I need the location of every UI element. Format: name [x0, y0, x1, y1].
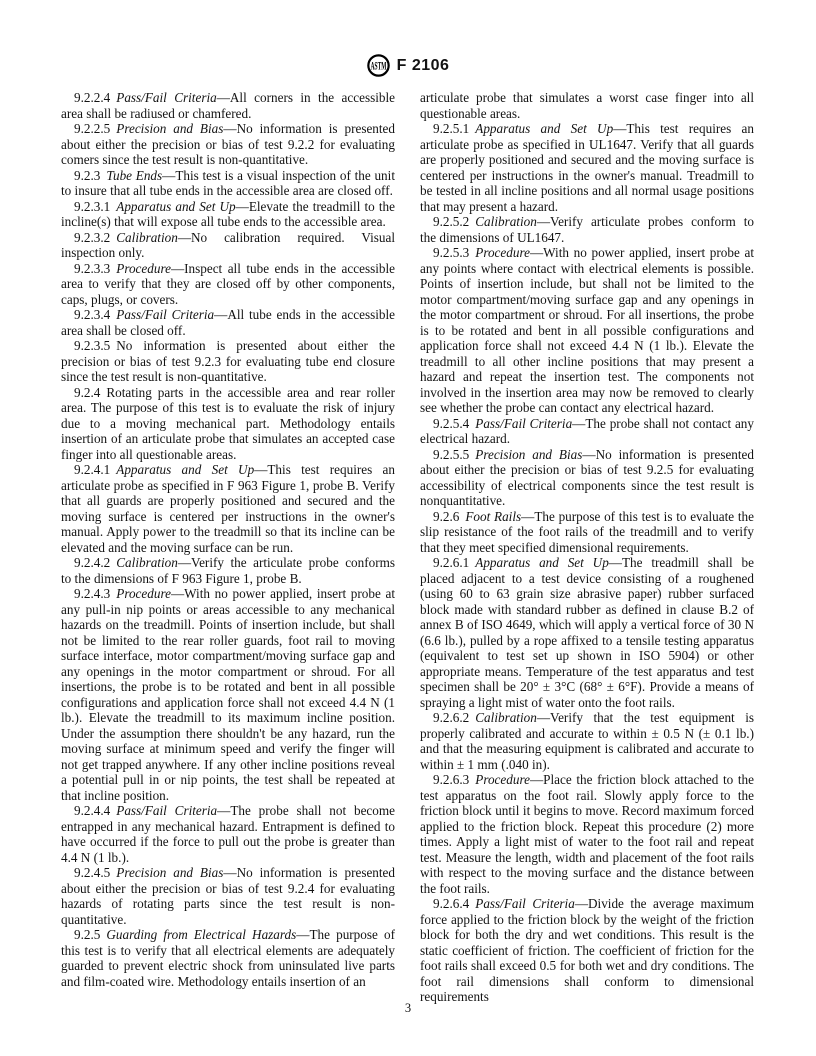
section-paragraph-9264: 9.2.6.4Pass/Fail Criteria—Divide the ave…	[420, 896, 754, 1005]
section-paragraph-9252: 9.2.5.2Calibration—Verify articulate pro…	[420, 214, 754, 245]
section-number: 9.2.6.3	[433, 772, 475, 787]
section-title: Apparatus and Set Up	[116, 462, 254, 477]
section-paragraph-9251: 9.2.5.1Apparatus and Set Up—This test re…	[420, 121, 754, 214]
section-paragraph-9224: 9.2.2.4Pass/Fail Criteria—All corners in…	[61, 90, 395, 121]
section-paragraph-9244: 9.2.4.4Pass/Fail Criteria—The probe shal…	[61, 803, 395, 865]
section-title: Procedure	[475, 245, 530, 260]
section-paragraph-9235: 9.2.3.5No information is presented about…	[61, 338, 395, 385]
page-body: 9.2.2.4Pass/Fail Criteria—All corners in…	[61, 90, 755, 1005]
section-title: Procedure	[116, 586, 171, 601]
astm-logo-icon: ASTM	[367, 54, 390, 77]
section-title: Tube Ends	[106, 168, 162, 183]
section-number: 9.2.4.2	[74, 555, 116, 570]
section-number: 9.2.5.4	[433, 416, 475, 431]
section-paragraph-9263: 9.2.6.3Procedure—Place the friction bloc…	[420, 772, 754, 896]
section-number: 9.2.5	[74, 927, 106, 942]
section-number: 9.2.4.5	[74, 865, 116, 880]
section-number: 9.2.3.2	[74, 230, 116, 245]
page-number: 3	[405, 1001, 411, 1015]
section-paragraph-9232: 9.2.3.2Calibration—No calibration requir…	[61, 230, 395, 261]
section-paragraph-9231: 9.2.3.1Apparatus and Set Up—Elevate the …	[61, 199, 395, 230]
section-title: Calibration	[116, 230, 178, 245]
section-paragraph-923: 9.2.3Tube Ends—This test is a visual ins…	[61, 168, 395, 199]
section-title: Procedure	[475, 772, 530, 787]
section-number: 9.2.5.1	[433, 121, 475, 136]
section-number: 9.2.5.2	[433, 214, 475, 229]
section-paragraph-9234: 9.2.3.4Pass/Fail Criteria—All tube ends …	[61, 307, 395, 338]
section-title: Pass/Fail Criteria	[116, 307, 214, 322]
section-number: 9.2.5.3	[433, 245, 475, 260]
section-body: —With no power applied, insert probe at …	[61, 586, 395, 803]
section-paragraph-9253: 9.2.5.3Procedure—With no power applied, …	[420, 245, 754, 416]
section-paragraph-9241: 9.2.4.1Apparatus and Set Up—This test re…	[61, 462, 395, 555]
section-paragraph-9245: 9.2.4.5Precision and Bias—No information…	[61, 865, 395, 927]
section-number: 9.2.3.3	[74, 261, 116, 276]
section-title: Precision and Bias	[116, 121, 223, 136]
section-number: 9.2.4.1	[74, 462, 116, 477]
section-body: —Divide the average maximum force applie…	[420, 896, 754, 1004]
section-number: 9.2.5.5	[433, 447, 475, 462]
section-title: Apparatus and Set Up	[475, 555, 609, 570]
left-column: 9.2.2.4Pass/Fail Criteria—All corners in…	[61, 90, 395, 1005]
section-title: Precision and Bias	[116, 865, 223, 880]
section-paragraph-9242: 9.2.4.2Calibration—Verify the articulate…	[61, 555, 395, 586]
section-title: Apparatus and Set Up	[475, 121, 613, 136]
section-number: 9.2.3.5	[74, 338, 116, 353]
section-number: 9.2.6.2	[433, 710, 475, 725]
section-number: 9.2.6.4	[433, 896, 475, 911]
section-body: —The treadmill shall be placed adjacent …	[420, 555, 754, 710]
section-number: 9.2.6.1	[433, 555, 475, 570]
section-title: Foot Rails	[465, 509, 521, 524]
document-code: F 2106	[397, 57, 450, 75]
section-number: 9.2.3.4	[74, 307, 116, 322]
section-title: Pass/Fail Criteria	[475, 896, 575, 911]
section-body: —Place the friction block attached to th…	[420, 772, 754, 896]
section-number: 9.2.3.1	[74, 199, 116, 214]
section-number: 9.2.4.4	[74, 803, 116, 818]
section-number: 9.2.4	[74, 385, 106, 400]
section-paragraph-924: 9.2.4Rotating parts in the accessible ar…	[61, 385, 395, 463]
section-paragraph-9233: 9.2.3.3Procedure—Inspect all tube ends i…	[61, 261, 395, 308]
section-body: Rotating parts in the accessible area an…	[61, 385, 395, 462]
section-title: Procedure	[116, 261, 171, 276]
section-paragraph-9225: 9.2.2.5Precision and Bias—No information…	[61, 121, 395, 168]
section-body: —With no power applied, insert probe at …	[420, 245, 754, 415]
document-page: { "header": { "doc_code": "F 2106", "log…	[0, 0, 816, 1056]
section-title: Precision and Bias	[475, 447, 582, 462]
section-number: 9.2.4.3	[74, 586, 116, 601]
section-paragraph-9254: 9.2.5.4Pass/Fail Criteria—The probe shal…	[420, 416, 754, 447]
section-paragraph-925-continuation: articulate probe that simulates a worst …	[420, 90, 754, 121]
section-number: 9.2.2.5	[74, 121, 116, 136]
page-footer: 3	[0, 1001, 816, 1016]
section-body: articulate probe that simulates a worst …	[420, 90, 754, 121]
section-title: Pass/Fail Criteria	[475, 416, 572, 431]
section-number: 9.2.6	[433, 509, 465, 524]
section-paragraph-925: 9.2.5Guarding from Electrical Hazards—Th…	[61, 927, 395, 989]
section-paragraph-9243: 9.2.4.3Procedure—With no power applied, …	[61, 586, 395, 803]
section-number: 9.2.2.4	[74, 90, 116, 105]
section-title: Pass/Fail Criteria	[116, 803, 217, 818]
document-header: ASTM F 2106	[0, 54, 816, 77]
section-title: Calibration	[116, 555, 178, 570]
section-paragraph-9261: 9.2.6.1Apparatus and Set Up—The treadmil…	[420, 555, 754, 710]
section-paragraph-9255: 9.2.5.5Precision and Bias—No information…	[420, 447, 754, 509]
section-number: 9.2.3	[74, 168, 106, 183]
section-paragraph-9262: 9.2.6.2Calibration—Verify that the test …	[420, 710, 754, 772]
section-title: Guarding from Electrical Hazards	[106, 927, 296, 942]
right-column: articulate probe that simulates a worst …	[420, 90, 754, 1005]
svg-text:ASTM: ASTM	[370, 61, 386, 73]
section-title: Calibration	[475, 710, 537, 725]
section-paragraph-926: 9.2.6Foot Rails—The purpose of this test…	[420, 509, 754, 556]
section-title: Pass/Fail Criteria	[116, 90, 216, 105]
section-title: Calibration	[475, 214, 537, 229]
section-title: Apparatus and Set Up	[116, 199, 235, 214]
